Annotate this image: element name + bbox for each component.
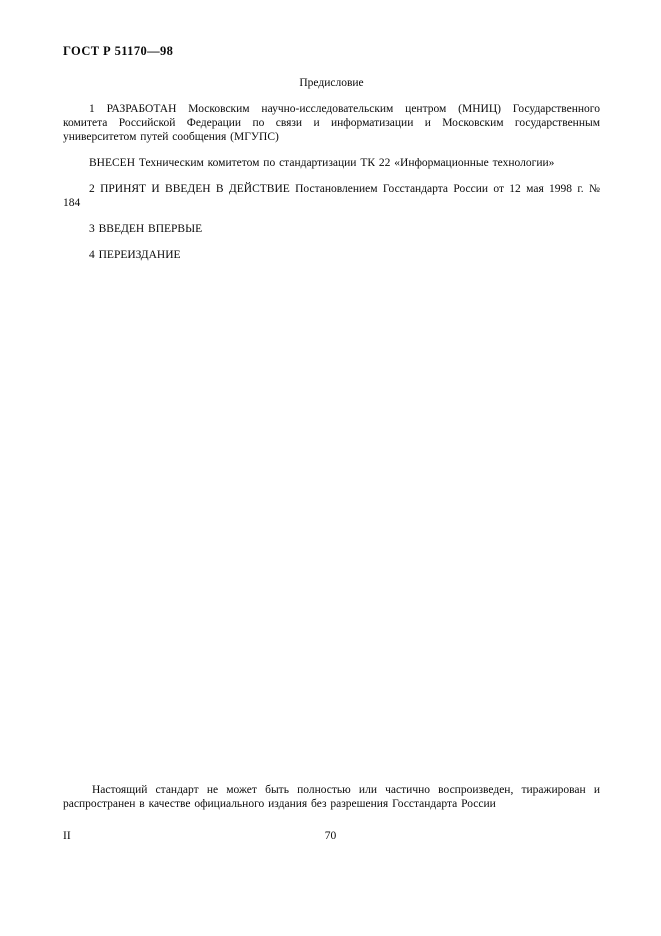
copyright-notice: Настоящий стандарт не может быть полност… [63, 783, 600, 811]
document-page: ГОСТ Р 51170—98 Предисловие 1 РАЗРАБОТАН… [0, 0, 661, 936]
page-content: ГОСТ Р 51170—98 Предисловие 1 РАЗРАБОТАН… [63, 44, 600, 262]
foreword-clause-adopted: 2 ПРИНЯТ И ВВЕДЕН В ДЕЙСТВИЕ Постановлен… [63, 182, 600, 210]
foreword-title: Предисловие [63, 76, 600, 90]
foreword-clause-first-edition: 3 ВВЕДЕН ВПЕРВЫЕ [63, 222, 600, 236]
page-number-arabic: 70 [0, 829, 661, 843]
foreword-clause-developed: 1 РАЗРАБОТАН Московским научно-исследова… [63, 102, 600, 144]
standard-designation: ГОСТ Р 51170—98 [63, 44, 600, 58]
foreword-clause-reissue: 4 ПЕРЕИЗДАНИЕ [63, 248, 600, 262]
foreword-clause-submitted: ВНЕСЕН Техническим комитетом по стандарт… [63, 156, 600, 170]
